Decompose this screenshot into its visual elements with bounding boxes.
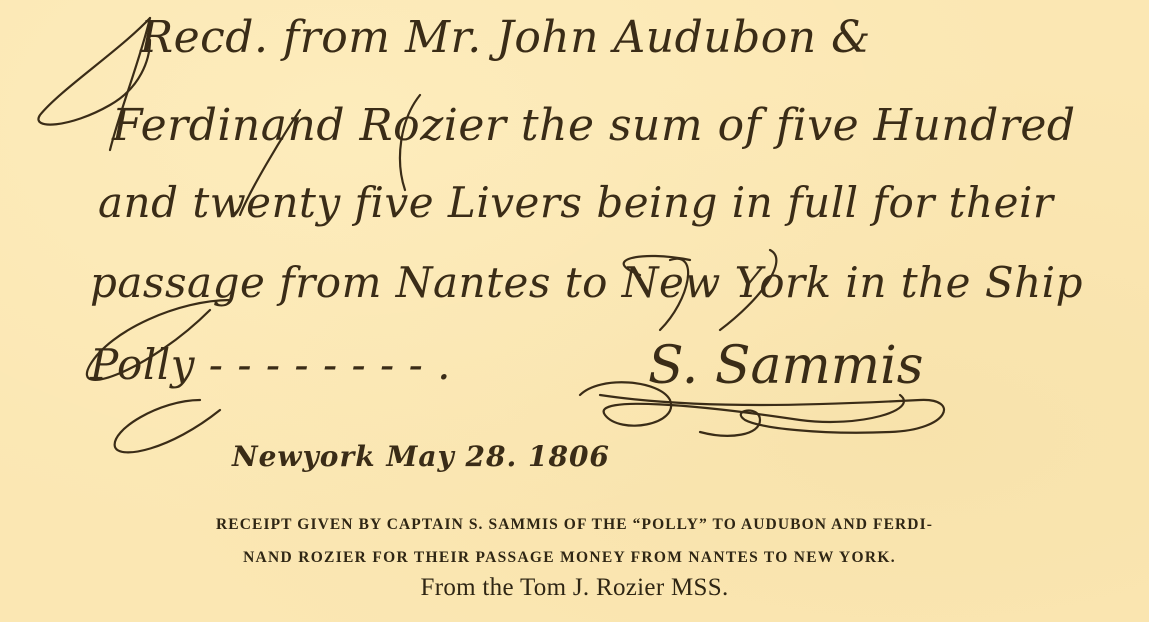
caption-line-1: RECEIPT GIVEN BY CAPTAIN S. SAMMIS OF TH… [0,516,1149,534]
signature: S. Sammis [648,336,923,396]
manuscript-line-4: passage from Nantes to New York in the S… [90,258,1083,307]
manuscript-line-3: and twenty five Livers being in full for… [98,178,1053,227]
caption-source: From the Tom J. Rozier MSS. [0,574,1149,602]
dateline: Newyork May 28. 1806 [232,440,610,473]
manuscript-receipt: Recd. from Mr. John Audubon & Ferdinand … [0,0,1149,480]
manuscript-line-1: Recd. from Mr. John Audubon & [140,12,871,63]
caption-line-2: NAND ROZIER FOR THEIR PASSAGE MONEY FROM… [0,549,1149,567]
handwriting-flourishes-icon [0,0,1149,480]
manuscript-line-5: Polly - - - - - - - - . [90,340,451,389]
manuscript-line-2: Ferdinand Rozier the sum of five Hundred [112,100,1076,151]
document-page: Recd. from Mr. John Audubon & Ferdinand … [0,0,1149,622]
